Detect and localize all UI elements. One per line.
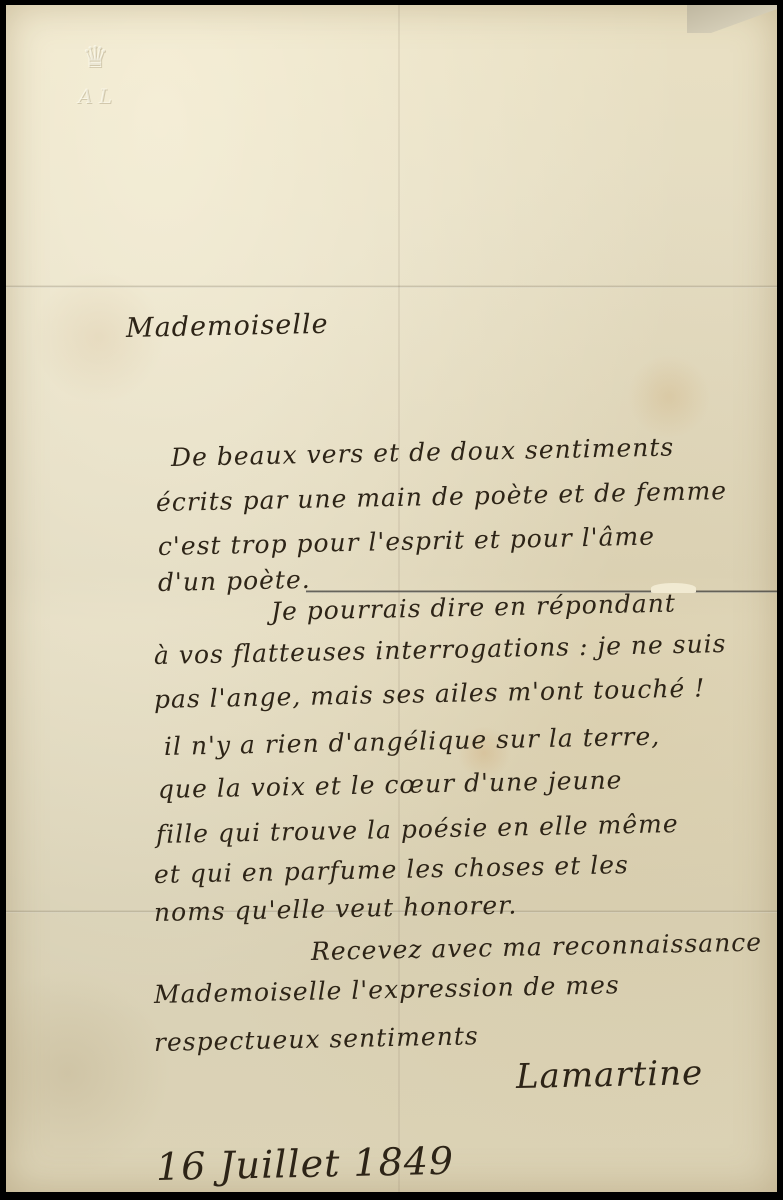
body-line: d'un poète. xyxy=(158,565,311,597)
body-line: pas l'ange, mais ses ailes m'ont touché … xyxy=(154,673,706,714)
closing-line: Mademoiselle l'expression de mes xyxy=(154,970,620,1009)
signature: Lamartine xyxy=(516,1053,704,1097)
closing-line: respectueux sentiments xyxy=(154,1021,479,1057)
letter-text: Mademoiselle De beaux vers et de doux se… xyxy=(6,5,777,1192)
body-line: à vos flatteuses interrogations : je ne … xyxy=(154,629,727,670)
body-line: et qui en parfume les choses et les xyxy=(154,850,629,889)
salutation: Mademoiselle xyxy=(126,309,329,344)
body-line: il n'y a rien d'angélique sur la terre, xyxy=(164,722,661,761)
body-line: c'est trop pour l'esprit et pour l'âme xyxy=(158,522,656,561)
body-line: Je pourrais dire en répondant xyxy=(271,589,677,626)
body-line: noms qu'elle veut honorer. xyxy=(154,890,518,927)
body-line: écrits par une main de poète et de femme xyxy=(156,476,728,517)
body-line: fille qui trouve la poésie en elle même xyxy=(156,809,679,849)
letter-paper: ♛ A L Mademoiselle De beaux vers et de d… xyxy=(6,5,777,1192)
body-line: que la voix et le cœur d'une jeune xyxy=(158,765,623,804)
letter-date: 16 Juillet 1849 xyxy=(156,1139,455,1189)
body-line: De beaux vers et de doux sentiments xyxy=(171,432,675,472)
closing-line: Recevez avec ma reconnaissance xyxy=(311,928,763,966)
